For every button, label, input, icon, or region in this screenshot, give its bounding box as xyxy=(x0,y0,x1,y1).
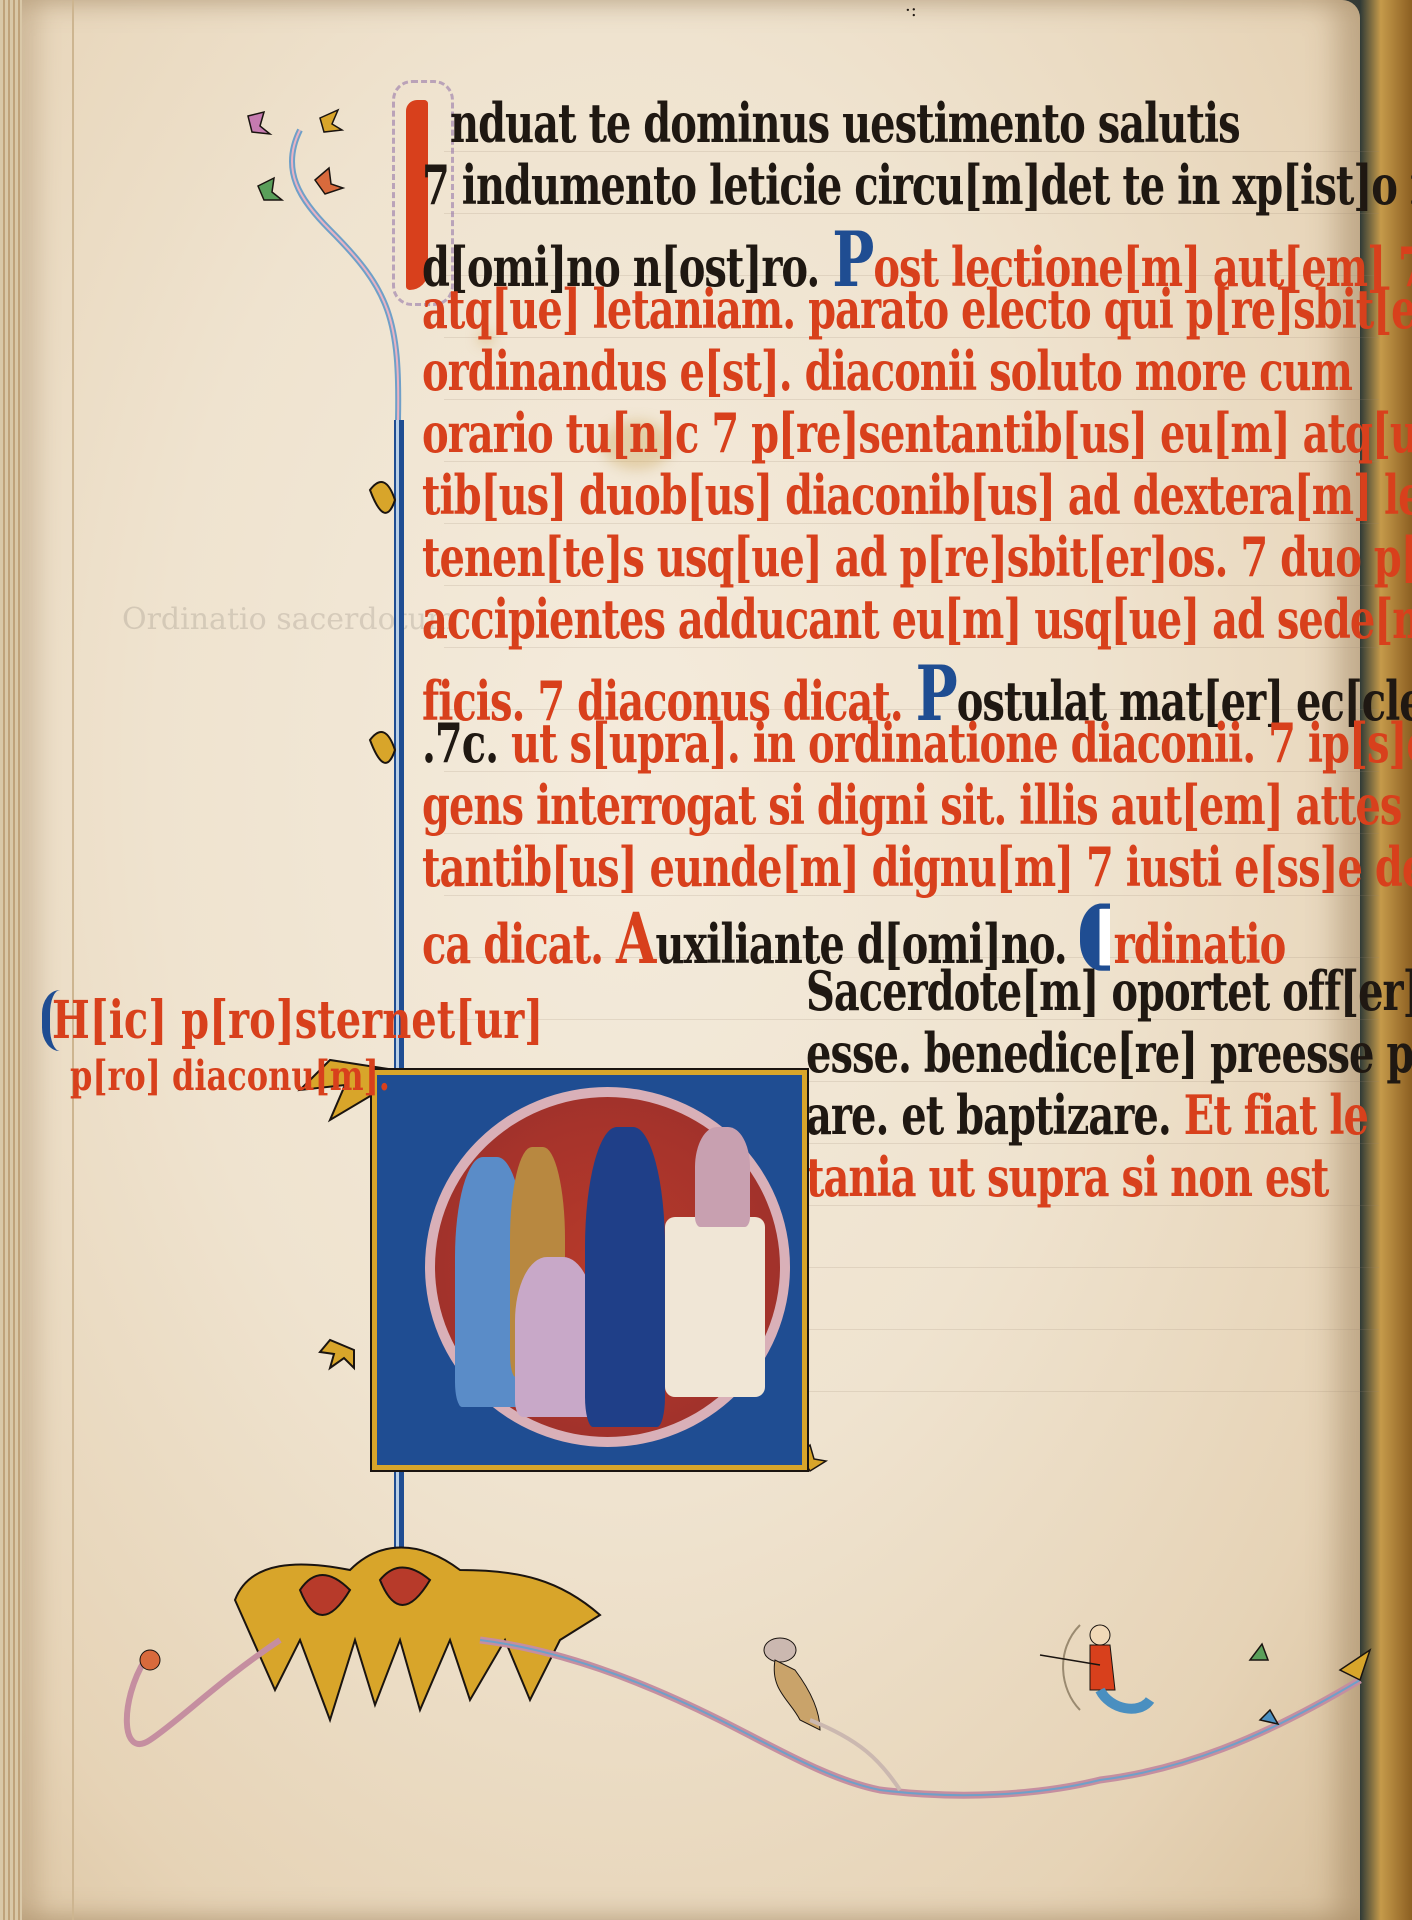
historiated-initial xyxy=(372,1070,807,1470)
text-segment: Sacerdote[m] oportet off[er]re p[re]sbit… xyxy=(806,960,1412,1023)
margin-note-line-2: p[ro] diaconu[m]. xyxy=(42,1051,322,1100)
margin-note-line-1: H[ic] p[ro]sternet[ur] xyxy=(42,990,322,1051)
text-line-7: tib[us] duob[us] diaconib[us] ad dextera… xyxy=(422,464,1412,527)
rubric-segment: Et fiat le xyxy=(1184,1084,1368,1147)
text-line-16: esse. benedice[re] preesse predic xyxy=(806,1022,1412,1085)
rubric-segment: orario tu[n]c 7 p[re]sentantib[us] eu[m]… xyxy=(422,402,1412,465)
rubric-segment: gens interrogat si digni sit. illis aut[… xyxy=(422,774,1401,837)
rubric-segment: ca dicat. xyxy=(422,913,603,976)
text-line-6: orario tu[n]c 7 p[re]sentantib[us] eu[m]… xyxy=(422,402,1412,465)
text-line-4: atq[ue] letaniam. parato electo qui p[re… xyxy=(422,278,1412,341)
red-initial-a: A xyxy=(616,898,655,980)
text-line-13: tantib[us] eunde[m] dignu[m] 7 iusti e[s… xyxy=(422,836,1412,899)
hybrid-beast xyxy=(764,1638,900,1790)
text-segment: esse. benedice[re] preesse predic xyxy=(806,1022,1412,1085)
text-line-17: are. et baptizare. Et fiat le xyxy=(806,1084,1368,1147)
text-line-12: gens interrogat si digni sit. illis aut[… xyxy=(422,774,1401,837)
assistant-figure xyxy=(695,1127,750,1227)
rubric-segment: tantib[us] eunde[m] dignu[m] 7 iusti e[s… xyxy=(422,836,1412,899)
rubric-segment: tenen[te]s usq[ue] ad p[re]sbit[er]os. 7… xyxy=(422,526,1412,589)
text-segment: 7 indumento leticie circu[m]det te in xp… xyxy=(422,154,1412,217)
text-line-18: tania ut supra si non est xyxy=(806,1146,1328,1209)
miniature-scene xyxy=(425,1087,790,1447)
rubric-segment: tib[us] duob[us] diaconib[us] ad dextera… xyxy=(422,464,1412,527)
text-line-11: .7c. ut s[upra]. in ordinatione diaconii… xyxy=(422,712,1412,775)
rubric-segment: accipientes adducant eu[m] usq[ue] ad se… xyxy=(422,588,1412,651)
ordaining-bishop xyxy=(585,1127,665,1427)
rubric-segment: atq[ue] letaniam. parato electo qui p[re… xyxy=(422,278,1412,341)
text-line-8: tenen[te]s usq[ue] ad p[re]sbit[er]os. 7… xyxy=(422,526,1412,589)
rubric-segment: ordinandus e[st]. diaconii soluto more c… xyxy=(422,340,1352,403)
text-line-2: 7 indumento leticie circu[m]det te in xp… xyxy=(422,154,1412,217)
rubric-segment: ut s[upra]. in ordinatione diaconii. 7 i… xyxy=(511,712,1412,775)
text-line-9: accipientes adducant eu[m] usq[ue] ad se… xyxy=(422,588,1412,651)
text-line-15: Sacerdote[m] oportet off[er]re p[re]sbit… xyxy=(806,960,1412,1023)
kneeling-deacon xyxy=(515,1257,595,1417)
text-segment: nduat te dominus uestimento salutis xyxy=(450,92,1240,155)
rubric-segment: tania ut supra si non est xyxy=(806,1146,1328,1209)
archer-figure xyxy=(1040,1625,1150,1710)
text-line-5: ordinandus e[st]. diaconii soluto more c… xyxy=(422,340,1352,403)
altar xyxy=(665,1217,765,1397)
text-segment: are. et baptizare. xyxy=(806,1084,1171,1147)
marginal-rubric: H[ic] p[ro]sternet[ur] p[ro] diaconu[m]. xyxy=(42,990,322,1089)
text-line-1: nduat te dominus uestimento salutis xyxy=(450,92,1240,155)
text-segment: .7c. xyxy=(422,712,498,775)
